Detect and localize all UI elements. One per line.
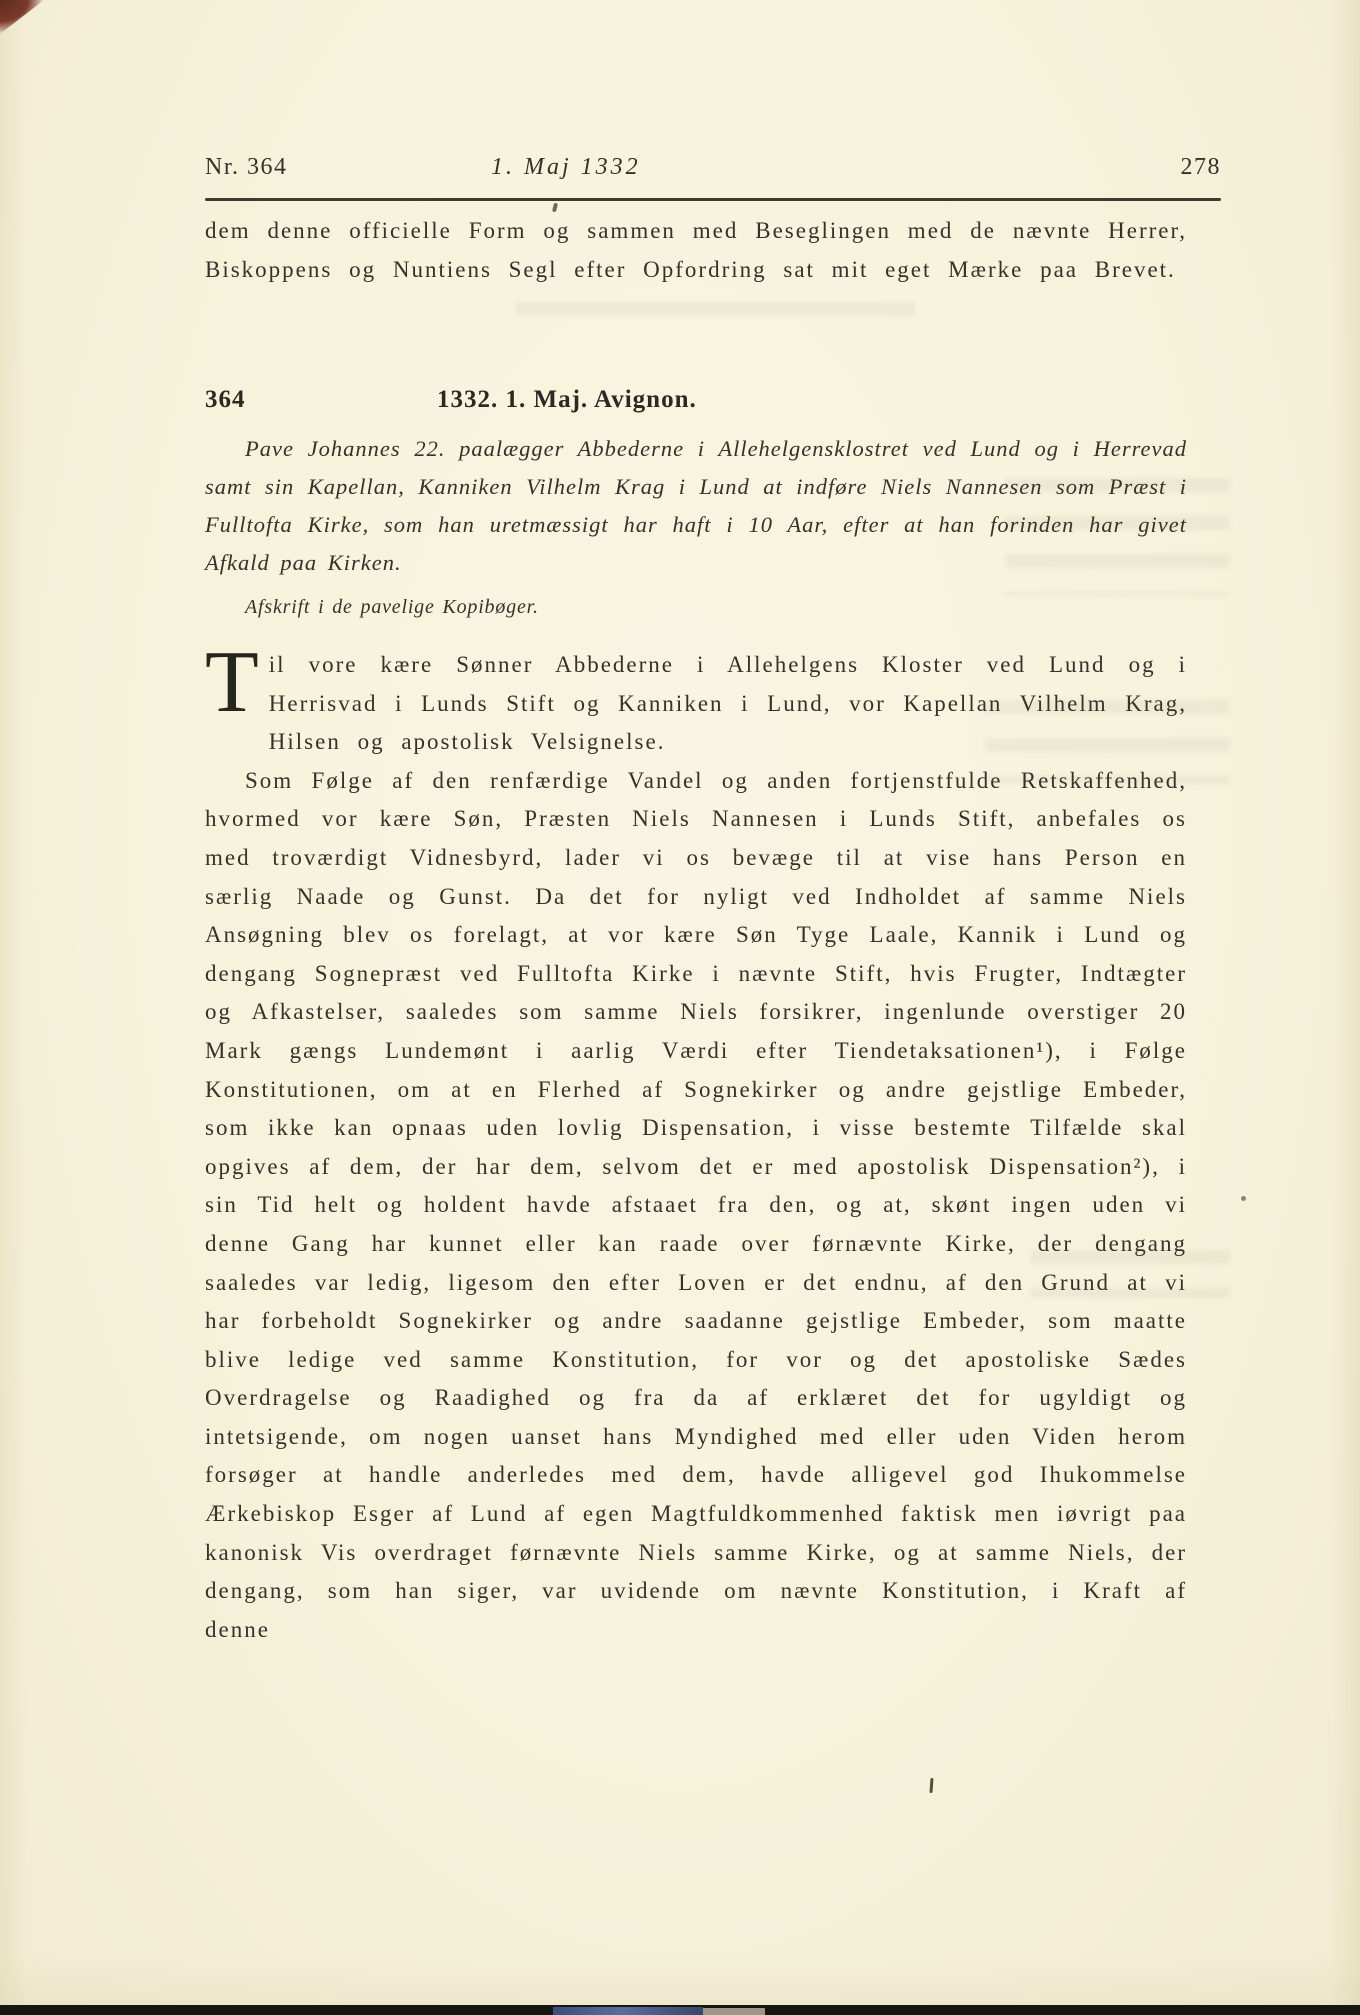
entry-summary: Pave Johannes 22. paalægger Abbederne i … (205, 430, 1187, 582)
page-number: 278 (1181, 154, 1222, 181)
salutation-text: il vore kære Sønner Abbederne i Allehelg… (269, 652, 1187, 754)
salutation-paragraph: Til vore kære Sønner Abbederne i Allehel… (205, 646, 1187, 762)
book-page: Nr. 364 1. Maj 1332 278 dem denne offici… (0, 0, 1360, 2015)
main-paragraph: Som Følge af den renfærdige Vandel og an… (205, 762, 1187, 1650)
ink-speck (1241, 1196, 1246, 1201)
scan-edge-blue-segment (553, 2007, 703, 2015)
drop-cap: T (205, 646, 269, 724)
ink-bleed-through (515, 290, 915, 326)
entry-dateline: 1332. 1. Maj. Avignon. (437, 386, 697, 414)
ink-speck (552, 203, 558, 213)
ink-speck (929, 1778, 933, 1793)
entry-heading: 364 1332. 1. Maj. Avignon. (205, 386, 1187, 420)
scan-edge-gray-segment (703, 2008, 765, 2015)
running-header-date: 1. Maj 1332 (491, 154, 641, 181)
running-header-entry-number: Nr. 364 (205, 154, 288, 181)
continuation-paragraph: dem denne officielle Form og sammen med … (205, 212, 1187, 289)
header-rule (205, 198, 1221, 201)
letter-body: Til vore kære Sønner Abbederne i Allehel… (205, 646, 1187, 1649)
running-header: Nr. 364 1. Maj 1332 278 (205, 154, 1221, 190)
entry-number: 364 (205, 386, 246, 414)
source-note: Afskrift i de pavelige Kopibøger. (245, 596, 539, 619)
scan-bottom-edge (0, 2005, 1360, 2015)
page-corner-stain (0, 0, 44, 34)
